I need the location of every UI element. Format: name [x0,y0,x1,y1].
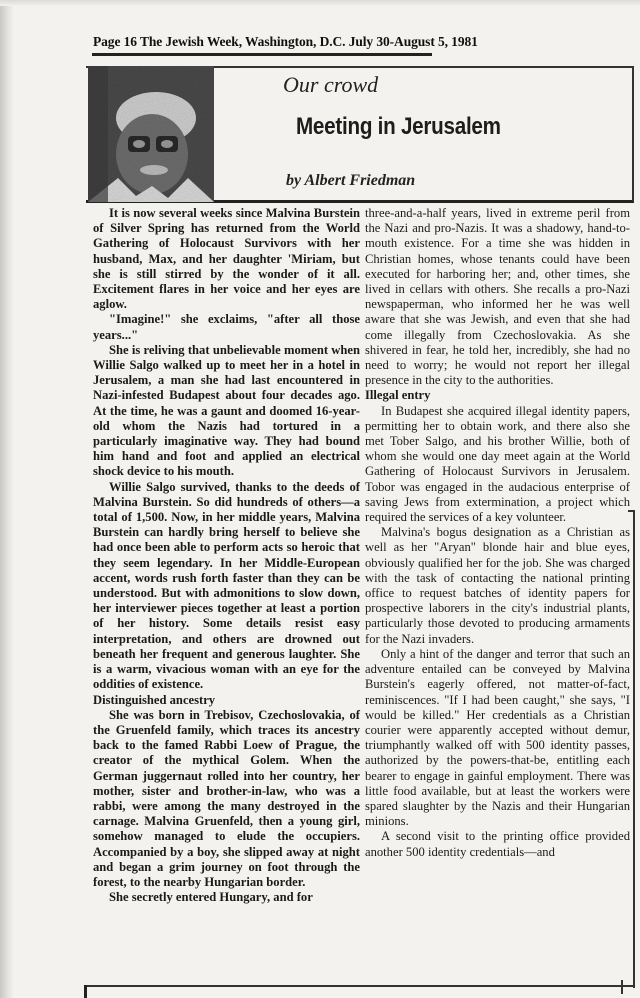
bottom-box-border [84,985,634,987]
paragraph: "Imagine!" she exclaims, "after all thos… [93,312,360,342]
paragraph: A second visit to the printing office pr… [365,829,630,859]
paragraph: She is reliving that unbelievable moment… [93,343,360,480]
subhead-distinguished-ancestry: Distinguished ancestry [93,693,360,708]
paragraph: In Budapest she acquired illegal identit… [365,404,630,526]
paragraph: It is now several weeks since Malvina Bu… [93,206,360,312]
masthead-rule [92,53,432,56]
paragraph-continued: three-and-a-half years, lived in extreme… [365,206,630,388]
article-left-column: It is now several weeks since Malvina Bu… [93,206,360,905]
masthead: Page 16 The Jewish Week, Washington, D.C… [93,34,433,50]
bottom-box-border-right [621,980,623,994]
paper-top-edge [0,0,640,6]
paragraph: She secretly entered Hungary, and for [93,890,360,905]
paragraph: Willie Salgo survived, thanks to the dee… [93,480,360,693]
author-portrait-icon [88,66,214,202]
paragraph: Malvina's bogus designation as a Christi… [365,525,630,647]
column-label: Our crowd [283,72,378,98]
byline: by Albert Friedman [286,172,415,190]
headline: Meeting in Jerusalem [296,113,501,141]
paragraph: She was born in Trebisov, Czechoslovakia… [93,708,360,890]
author-photo-icon [88,66,214,202]
paragraph: Only a hint of the danger and terror tha… [365,647,630,829]
adjacent-box-border-right [633,510,635,988]
bottom-box-border-left [84,985,87,998]
subhead-illegal-entry: Illegal entry [365,388,630,403]
paper-left-edge [0,0,14,998]
article-right-column: three-and-a-half years, lived in extreme… [365,206,630,860]
